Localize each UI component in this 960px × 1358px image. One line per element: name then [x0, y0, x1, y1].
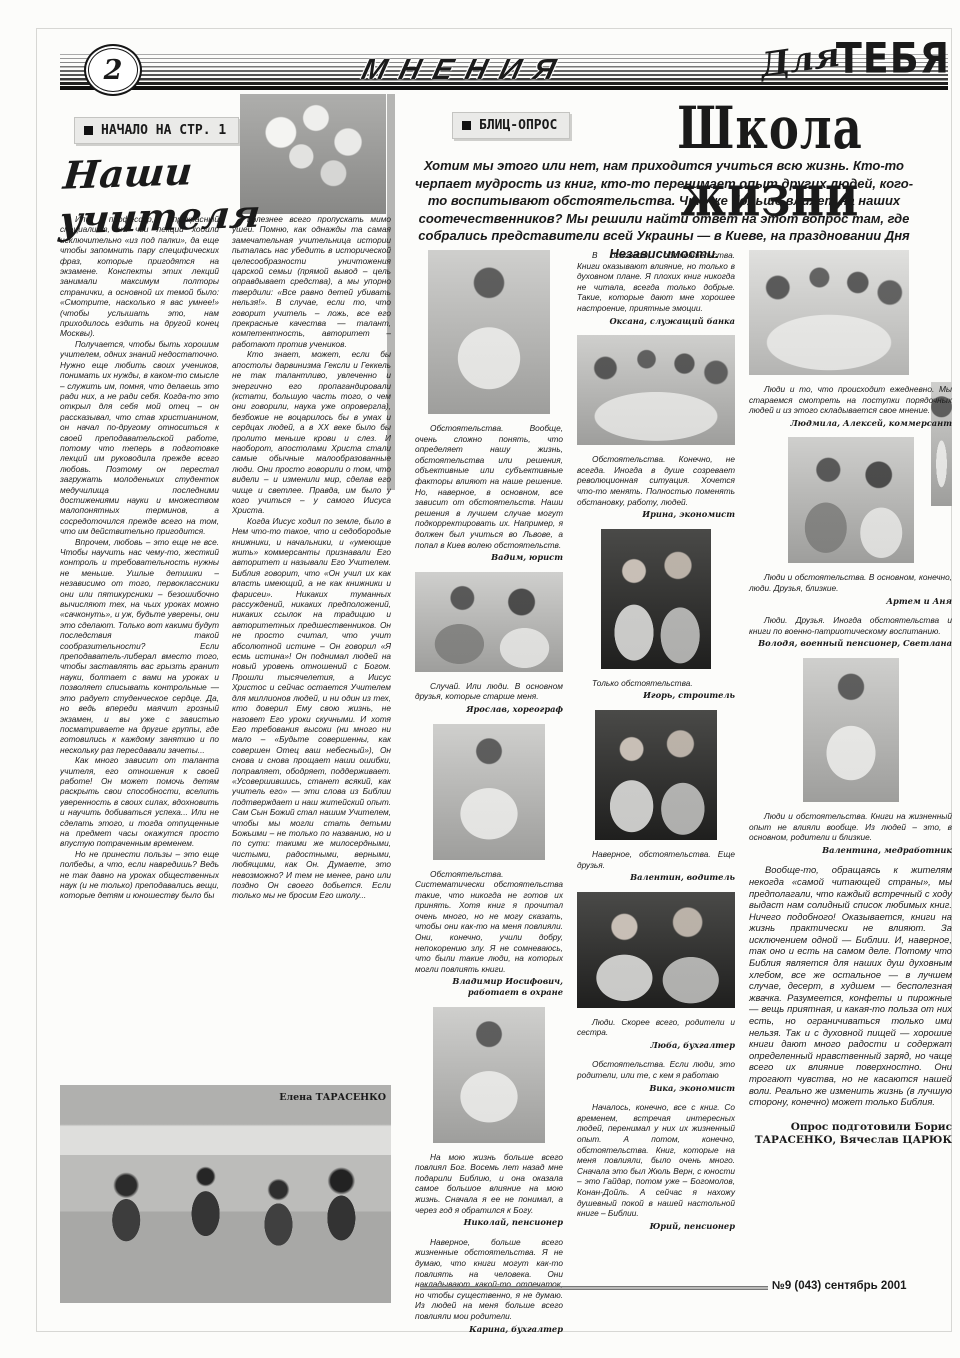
section-title: МНЕНИЯ [296, 54, 634, 87]
survey-quote: Обстоятельства. Вообще, очень сложно пон… [415, 423, 563, 563]
page-number: 2 [84, 44, 142, 96]
quote-author: Люба, бухгалтер [577, 1040, 735, 1051]
newspaper-page: 2 МНЕНИЯ Для ТЕБЯ НАЧАЛО НА СТР. 1 Наши … [0, 0, 960, 1358]
quote-text: Обстоятельства. Систематически обстоятел… [415, 869, 563, 975]
couple-street-photo [788, 437, 914, 563]
conclusion-text: Вообще-то, обращаясь к жителям некогда «… [749, 864, 952, 1107]
survey-quote: На мою жизнь больше всего повлиял Бог. В… [415, 1152, 563, 1228]
survey-quote: Наверное, обстоятельства. Еще друзья. Ва… [577, 849, 735, 883]
quote-author: Вика, экономист [577, 1083, 735, 1094]
article-column-1: Или профессор, прекрасный специалист, на… [60, 214, 219, 1086]
article-columns: Или профессор, прекрасный специалист, на… [60, 214, 392, 1086]
bullet-square-icon [84, 126, 93, 135]
group-white-shirts-photo [749, 250, 909, 375]
survey-credits: Опрос подготовили Борис ТАРАСЕНКО, Вячес… [749, 1121, 952, 1147]
quote-text: Обстоятельства. Вообще, очень сложно пон… [415, 423, 563, 550]
survey-quote: Только обстоятельства. Игорь, строитель [577, 678, 735, 701]
article-author: Елена ТАРАСЕНКО [200, 1092, 386, 1103]
woman-zebra-top-photo [803, 658, 899, 802]
paragraph: Кто знает, может, если бы апостолы дарви… [232, 349, 391, 516]
quote-text: Только обстоятельства. [577, 678, 735, 689]
kicker-label: НАЧАЛО НА СТР. 1 [101, 123, 226, 138]
survey-intro: Хотим мы этого или нет, нам приходится у… [410, 157, 918, 262]
quote-author: Владимир Иосифович, работает в охране [415, 976, 563, 997]
quote-text: Люди и обстоятельства. В основном, конеч… [749, 572, 952, 593]
quote-author: Николай, пенсионер [415, 1217, 563, 1228]
quote-author: Ярослав, хореограф [415, 704, 563, 715]
survey-quote: Люди. Скорее всего, родители и сестра. Л… [577, 1017, 735, 1051]
quote-author: Игорь, строитель [577, 690, 735, 701]
survey-columns: Обстоятельства. Вообще, очень сложно пон… [415, 250, 952, 1334]
quote-text: В основном, обстоятельства. Книги оказыв… [577, 250, 735, 314]
survey-quote: Люди. Друзья. Иногда обстоятельства и кн… [749, 615, 952, 649]
survey-quote: Обстоятельства. Конечно, не всегда. Иног… [577, 454, 735, 520]
quote-text: Наверное, больше всего жизненные обстоят… [415, 1237, 563, 1322]
two-women-night-photo [577, 892, 735, 1008]
continued-from-page-kicker: НАЧАЛО НА СТР. 1 [74, 117, 239, 144]
survey-column-3: Люди и то, что происходит ежедневно. Мы … [749, 250, 952, 1334]
quote-author: Валентин, водитель [577, 872, 735, 883]
man-with-bag-photo [433, 1007, 545, 1143]
survey-quote: В основном, обстоятельства. Книги оказыв… [577, 250, 735, 326]
smiling-woman-group-photo [577, 335, 735, 445]
paragraph: Впрочем, любовь – это еще не все. Чтобы … [60, 537, 219, 756]
survey-quote: Люди и обстоятельства. Книги на жизненны… [749, 811, 952, 855]
quote-text: Люди. Друзья. Иногда обстоятельства и кн… [749, 615, 952, 636]
survey-quote: Случай. Или люди. В основном друзья, кот… [415, 681, 563, 715]
children-running-photo [60, 1085, 391, 1303]
survey-conclusion: Вообще-то, обращаясь к жителям некогда «… [749, 864, 952, 1107]
masthead-bold-part: ТЕБЯ [836, 34, 950, 82]
quote-text: На мою жизнь больше всего повлиял Бог. В… [415, 1152, 563, 1216]
masthead-logo: Для ТЕБЯ [735, 36, 950, 80]
man-child-balloon-photo [601, 529, 711, 669]
quote-text: Наверное, обстоятельства. Еще друзья. [577, 849, 735, 870]
quote-author: Вадим, юрист [415, 552, 563, 563]
paragraph: полезнее всего пропускать мимо ушей. Пом… [232, 214, 391, 349]
masthead-script-part: Для [757, 35, 841, 85]
paragraph: Как много зависит от таланта учителя, ег… [60, 755, 219, 849]
quote-author: Володя, военный пенсионер, Светлана [749, 638, 952, 649]
paragraph: Когда Иисус ходил по земле, было в Нем ч… [232, 516, 391, 901]
paragraph: Но не принести пользы – это еще полбеды,… [60, 849, 219, 901]
quote-author: Артем и Аня [749, 596, 952, 607]
footer-rule [420, 1286, 768, 1290]
man-plaid-shirt-photo [433, 724, 545, 860]
quote-text: Люди и обстоятельства. Книги на жизненны… [749, 811, 952, 843]
survey-column-1: Обстоятельства. Вообще, очень сложно пон… [415, 250, 563, 1334]
quote-text: Обстоятельства. Если люди, это родители,… [577, 1059, 735, 1080]
blitz-survey-kicker: БЛИЦ-ОПРОС [452, 112, 570, 139]
survey-quote: Началось, конечно, все с книг. Со времен… [577, 1102, 735, 1231]
survey-quote: Обстоятельства. Систематически обстоятел… [415, 869, 563, 998]
article-column-2: полезнее всего пропускать мимо ушей. Пом… [232, 214, 391, 1086]
survey-quote: Люди и то, что происходит ежедневно. Мы … [749, 384, 952, 428]
quote-text: Случай. Или люди. В основном друзья, кот… [415, 681, 563, 702]
kicker-label: БЛИЦ-ОПРОС [479, 118, 557, 133]
survey-column-2: В основном, обстоятельства. Книги оказыв… [577, 250, 735, 1334]
quote-author: Карина, бухгалтер [415, 1324, 563, 1335]
bullet-square-icon [462, 121, 471, 130]
survey-quote: Обстоятельства. Если люди, это родители,… [577, 1059, 735, 1093]
quote-text: Люди. Скорее всего, родители и сестра. [577, 1017, 735, 1038]
quote-author: Юрий, пенсионер [577, 1221, 735, 1232]
survey-quote: Люди и обстоятельства. В основном, конеч… [749, 572, 952, 606]
quote-text: Обстоятельства. Конечно, не всегда. Иног… [577, 454, 735, 507]
couple-night-photo [595, 710, 717, 840]
quote-text: Люди и то, что происходит ежедневно. Мы … [749, 384, 952, 416]
quote-author: Оксана, служащий банка [577, 316, 735, 327]
portrait-photo-vadim [428, 250, 550, 414]
quote-author: Людмила, Алексей, коммерсант [749, 418, 952, 429]
quote-text: Началось, конечно, все с книг. Со времен… [577, 1102, 735, 1219]
paragraph: Или профессор, прекрасный специалист, на… [60, 214, 219, 339]
two-men-talking-photo [415, 572, 563, 672]
quote-author: Ирина, экономист [577, 509, 735, 520]
paragraph: Получается, чтобы быть хорошим учителем,… [60, 339, 219, 537]
footer-issue-label: №9 (043) сентябрь 2001 [772, 1280, 907, 1292]
quote-author: Валентина, медработник [749, 845, 952, 856]
